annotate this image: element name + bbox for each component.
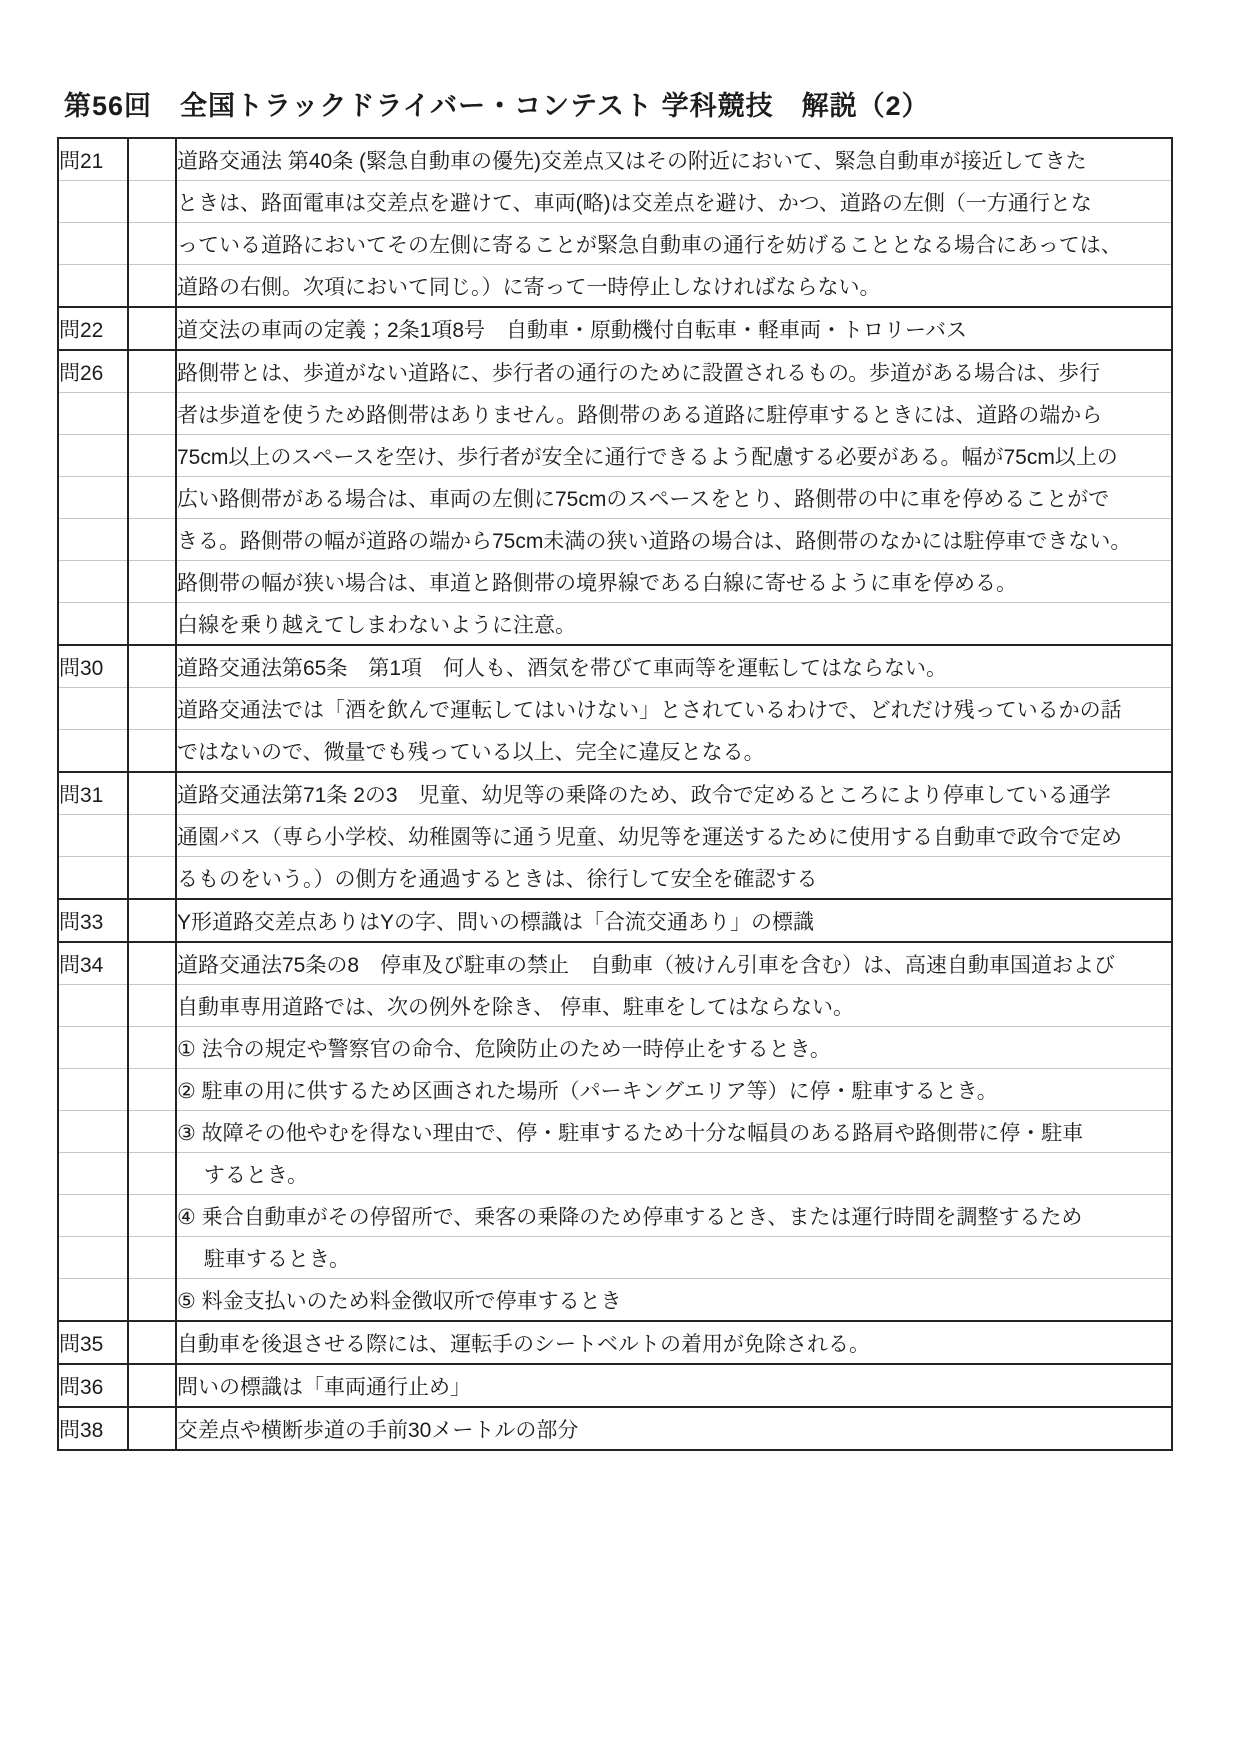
explanation-line: っている道路においてその左側に寄ることが緊急自動車の通行を妨げることとなる場合に… (177, 234, 1122, 257)
question-number: 問35 (59, 1333, 103, 1356)
answer-cell (128, 857, 176, 900)
table-row: 広い路側帯がある場合は、車両の左側に75cmのスペースをとり、路側帯の中に車を停… (58, 477, 1172, 519)
explanation-cell: 者は歩道を使うため路側帯はありません。路側帯のある道路に駐停車するときには、道路… (176, 393, 1172, 435)
answer-cell (128, 1027, 176, 1069)
answer-cell (128, 393, 176, 435)
explanation-cell: ではないので、微量でも残っている以上、完全に違反となる。 (176, 730, 1172, 773)
explanation-line: ⑤ 料金支払いのため料金徴収所で停車するとき (177, 1290, 622, 1313)
table-row: ② 駐車の用に供するため区画された場所（パーキングエリア等）に停・駐車するとき。 (58, 1069, 1172, 1111)
question-number-cell (58, 561, 128, 603)
explanation-line: 道路の右側。次項において同じ。）に寄って一時停止しなければならない。 (177, 276, 881, 299)
explanation-cell: するとき。 (176, 1153, 1172, 1195)
explanation-line: ④ 乗合自動車がその停留所で、乗客の乗降のため停車するとき、または運行時間を調整… (177, 1206, 1082, 1229)
answer-cell (128, 477, 176, 519)
answer-cell (128, 519, 176, 561)
explanation-cell: 問いの標識は「車両通行止め」 (176, 1364, 1172, 1407)
question-number-cell: 問35 (58, 1321, 128, 1364)
question-number-cell (58, 1027, 128, 1069)
explanation-cell: 自動車専用道路では、次の例外を除き、 停車、駐車をしてはならない。 (176, 985, 1172, 1027)
question-number: 問36 (59, 1376, 103, 1399)
question-number-cell (58, 265, 128, 308)
explanation-line: 道路交通法 第40条 (緊急自動車の優先)交差点又はその附近において、緊急自動車… (177, 150, 1087, 173)
explanation-cell: 75cm以上のスペースを空け、歩行者が安全に通行できるよう配慮する必要がある。幅… (176, 435, 1172, 477)
question-number-cell: 問22 (58, 307, 128, 350)
question-number: 問34 (59, 954, 103, 977)
question-number-cell (58, 688, 128, 730)
explanation-cell: っている道路においてその左側に寄ることが緊急自動車の通行を妨げることとなる場合に… (176, 223, 1172, 265)
explanation-line: 道路交通法第65条 第1項 何人も、酒気を帯びて車両等を運転してはならない。 (177, 657, 947, 680)
explanation-cell: 通園バス（専ら小学校、幼稚園等に通う児童、幼児等を運送するために使用する自動車で… (176, 815, 1172, 857)
explanation-line: するとき。 (177, 1164, 308, 1187)
explanation-cell: 路側帯とは、歩道がない道路に、歩行者の通行のために設置されるもの。歩道がある場合… (176, 350, 1172, 393)
page-title: 第56回 全国トラックドライバー・コンテスト 学科競技 解説（2） (64, 84, 930, 123)
explanation-line: 広い路側帯がある場合は、車両の左側に75cmのスペースをとり、路側帯の中に車を停… (177, 488, 1109, 511)
explanation-sheet: 問21道路交通法 第40条 (緊急自動車の優先)交差点又はその附近において、緊急… (57, 137, 1173, 1451)
table-row: 問30道路交通法第65条 第1項 何人も、酒気を帯びて車両等を運転してはならない… (58, 645, 1172, 688)
explanation-line: 道路交通法75条の8 停車及び駐車の禁止 自動車（被けん引車を含む）は、高速自動… (177, 954, 1115, 977)
question-number-cell: 問34 (58, 942, 128, 985)
explanation-line: きる。路側帯の幅が道路の端から75cm未満の狭い道路の場合は、路側帯のなかには駐… (177, 530, 1131, 553)
table-row: 問21道路交通法 第40条 (緊急自動車の優先)交差点又はその附近において、緊急… (58, 138, 1172, 181)
explanation-cell: 道路交通法第71条 2の3 児童、幼児等の乗降のため、政令で定めるところにより停… (176, 772, 1172, 815)
explanation-line: 自動車専用道路では、次の例外を除き、 停車、駐車をしてはならない。 (177, 996, 854, 1019)
question-number: 問38 (59, 1419, 103, 1442)
answer-cell (128, 772, 176, 815)
explanation-line: るものをいう。）の側方を通過するときは、徐行して安全を確認する (177, 868, 818, 891)
explanation-cell: 道路交通法75条の8 停車及び駐車の禁止 自動車（被けん引車を含む）は、高速自動… (176, 942, 1172, 985)
table-row: ① 法令の規定や警察官の命令、危険防止のため一時停止をするとき。 (58, 1027, 1172, 1069)
explanation-line: 交差点や横断歩道の手前30メートルの部分 (177, 1419, 578, 1442)
table-row: するとき。 (58, 1153, 1172, 1195)
question-number-cell (58, 181, 128, 223)
question-number: 問33 (59, 911, 103, 934)
explanation-cell: ② 駐車の用に供するため区画された場所（パーキングエリア等）に停・駐車するとき。 (176, 1069, 1172, 1111)
table-row: 問36問いの標識は「車両通行止め」 (58, 1364, 1172, 1407)
question-number-cell (58, 1153, 128, 1195)
question-number: 問31 (59, 784, 103, 807)
explanation-cell: ① 法令の規定や警察官の命令、危険防止のため一時停止をするとき。 (176, 1027, 1172, 1069)
explanation-cell: 道路交通法 第40条 (緊急自動車の優先)交差点又はその附近において、緊急自動車… (176, 138, 1172, 181)
answer-cell (128, 942, 176, 985)
table-row: ⑤ 料金支払いのため料金徴収所で停車するとき (58, 1279, 1172, 1322)
question-number: 問30 (59, 657, 103, 680)
question-number-cell (58, 815, 128, 857)
explanation-cell: Y形道路交差点ありはYの字、問いの標識は「合流交通あり」の標識 (176, 899, 1172, 942)
table-row: 道路の右側。次項において同じ。）に寄って一時停止しなければならない。 (58, 265, 1172, 308)
table-row: 駐車するとき。 (58, 1237, 1172, 1279)
explanation-line: Y形道路交差点ありはYの字、問いの標識は「合流交通あり」の標識 (177, 911, 814, 934)
answer-cell (128, 1279, 176, 1322)
question-number-cell (58, 223, 128, 265)
question-number-cell (58, 857, 128, 900)
table-row: きる。路側帯の幅が道路の端から75cm未満の狭い道路の場合は、路側帯のなかには駐… (58, 519, 1172, 561)
answer-cell (128, 603, 176, 646)
table-row: 問33Y形道路交差点ありはYの字、問いの標識は「合流交通あり」の標識 (58, 899, 1172, 942)
table-row: ③ 故障その他やむを得ない理由で、停・駐車するため十分な幅員のある路肩や路側帯に… (58, 1111, 1172, 1153)
answer-cell (128, 307, 176, 350)
table-row: 白線を乗り越えてしまわないように注意。 (58, 603, 1172, 646)
table-row: るものをいう。）の側方を通過するときは、徐行して安全を確認する (58, 857, 1172, 900)
table-row: 問34道路交通法75条の8 停車及び駐車の禁止 自動車（被けん引車を含む）は、高… (58, 942, 1172, 985)
question-number-cell: 問21 (58, 138, 128, 181)
explanation-line: ② 駐車の用に供するため区画された場所（パーキングエリア等）に停・駐車するとき。 (177, 1080, 998, 1103)
answer-cell (128, 730, 176, 773)
answer-cell (128, 435, 176, 477)
answer-cell (128, 1195, 176, 1237)
explanation-line: 白線を乗り越えてしまわないように注意。 (177, 614, 576, 637)
question-number-cell (58, 519, 128, 561)
answer-cell (128, 899, 176, 942)
explanation-line: ではないので、微量でも残っている以上、完全に違反となる。 (177, 741, 765, 764)
table-row: っている道路においてその左側に寄ることが緊急自動車の通行を妨げることとなる場合に… (58, 223, 1172, 265)
table-row: 問38交差点や横断歩道の手前30メートルの部分 (58, 1407, 1172, 1450)
answer-cell (128, 1364, 176, 1407)
explanation-cell: ③ 故障その他やむを得ない理由で、停・駐車するため十分な幅員のある路肩や路側帯に… (176, 1111, 1172, 1153)
table-row: 問35自動車を後退させる際には、運転手のシートベルトの着用が免除される。 (58, 1321, 1172, 1364)
explanation-line: 通園バス（専ら小学校、幼稚園等に通う児童、幼児等を運送するために使用する自動車で… (177, 826, 1122, 849)
explanation-cell: 広い路側帯がある場合は、車両の左側に75cmのスペースをとり、路側帯の中に車を停… (176, 477, 1172, 519)
table-row: 問22道交法の車両の定義；2条1項8号 自動車・原動機付自転車・軽車両・トロリー… (58, 307, 1172, 350)
explanation-cell: るものをいう。）の側方を通過するときは、徐行して安全を確認する (176, 857, 1172, 900)
explanation-line: 道路交通法では「酒を飲んで運転してはいけない」とされているわけで、どれだけ残って… (177, 699, 1122, 722)
explanation-cell: きる。路側帯の幅が道路の端から75cm未満の狭い道路の場合は、路側帯のなかには駐… (176, 519, 1172, 561)
question-number-cell (58, 1111, 128, 1153)
explanation-line: 問いの標識は「車両通行止め」 (177, 1376, 471, 1399)
explanation-cell: 自動車を後退させる際には、運転手のシートベルトの着用が免除される。 (176, 1321, 1172, 1364)
answer-cell (128, 561, 176, 603)
answer-cell (128, 815, 176, 857)
question-number-cell: 問30 (58, 645, 128, 688)
question-number-cell (58, 1195, 128, 1237)
explanation-cell: ときは、路面電車は交差点を避けて、車両(略)は交差点を避け、かつ、道路の左側（一… (176, 181, 1172, 223)
explanation-line: 駐車するとき。 (177, 1248, 350, 1271)
explanation-cell: 道路交通法では「酒を飲んで運転してはいけない」とされているわけで、どれだけ残って… (176, 688, 1172, 730)
explanation-line: 者は歩道を使うため路側帯はありません。路側帯のある道路に駐停車するときには、道路… (177, 404, 1102, 427)
explanation-cell: 道路の右側。次項において同じ。）に寄って一時停止しなければならない。 (176, 265, 1172, 308)
explanation-line: 道路交通法第71条 2の3 児童、幼児等の乗降のため、政令で定めるところにより停… (177, 784, 1111, 807)
question-number-cell (58, 477, 128, 519)
answer-cell (128, 1069, 176, 1111)
question-number-cell (58, 985, 128, 1027)
answer-cell (128, 688, 176, 730)
table-row: 自動車専用道路では、次の例外を除き、 停車、駐車をしてはならない。 (58, 985, 1172, 1027)
answer-cell (128, 265, 176, 308)
answer-cell (128, 223, 176, 265)
explanation-cell: 道路交通法第65条 第1項 何人も、酒気を帯びて車両等を運転してはならない。 (176, 645, 1172, 688)
explanation-cell: 駐車するとき。 (176, 1237, 1172, 1279)
explanation-line: 道交法の車両の定義；2条1項8号 自動車・原動機付自転車・軽車両・トロリーバス (177, 319, 967, 342)
explanation-cell: ⑤ 料金支払いのため料金徴収所で停車するとき (176, 1279, 1172, 1322)
table-row: 75cm以上のスペースを空け、歩行者が安全に通行できるよう配慮する必要がある。幅… (58, 435, 1172, 477)
table-row: 問26路側帯とは、歩道がない道路に、歩行者の通行のために設置されるもの。歩道があ… (58, 350, 1172, 393)
explanation-line: ① 法令の規定や警察官の命令、危険防止のため一時停止をするとき。 (177, 1038, 831, 1061)
answer-cell (128, 181, 176, 223)
answer-cell (128, 1237, 176, 1279)
explanation-cell: ④ 乗合自動車がその停留所で、乗客の乗降のため停車するとき、または運行時間を調整… (176, 1195, 1172, 1237)
table-row: 路側帯の幅が狭い場合は、車道と路側帯の境界線である白線に寄せるように車を停める。 (58, 561, 1172, 603)
question-number: 問22 (59, 319, 103, 342)
question-number-cell (58, 1069, 128, 1111)
explanation-cell: 道交法の車両の定義；2条1項8号 自動車・原動機付自転車・軽車両・トロリーバス (176, 307, 1172, 350)
answer-table: 問21道路交通法 第40条 (緊急自動車の優先)交差点又はその附近において、緊急… (57, 137, 1173, 1451)
question-number-cell: 問31 (58, 772, 128, 815)
answer-cell (128, 138, 176, 181)
explanation-cell: 交差点や横断歩道の手前30メートルの部分 (176, 1407, 1172, 1450)
question-number-cell (58, 393, 128, 435)
question-number-cell (58, 435, 128, 477)
answer-table-body: 問21道路交通法 第40条 (緊急自動車の優先)交差点又はその附近において、緊急… (58, 138, 1172, 1450)
table-row: 問31道路交通法第71条 2の3 児童、幼児等の乗降のため、政令で定めるところに… (58, 772, 1172, 815)
question-number-cell: 問36 (58, 1364, 128, 1407)
table-row: 者は歩道を使うため路側帯はありません。路側帯のある道路に駐停車するときには、道路… (58, 393, 1172, 435)
answer-cell (128, 645, 176, 688)
answer-cell (128, 1407, 176, 1450)
table-row: ではないので、微量でも残っている以上、完全に違反となる。 (58, 730, 1172, 773)
question-number: 問21 (59, 150, 103, 173)
answer-cell (128, 350, 176, 393)
explanation-line: ときは、路面電車は交差点を避けて、車両(略)は交差点を避け、かつ、道路の左側（一… (177, 192, 1092, 215)
table-row: 通園バス（専ら小学校、幼稚園等に通う児童、幼児等を運送するために使用する自動車で… (58, 815, 1172, 857)
question-number-cell: 問33 (58, 899, 128, 942)
question-number-cell (58, 1237, 128, 1279)
explanation-cell: 路側帯の幅が狭い場合は、車道と路側帯の境界線である白線に寄せるように車を停める。 (176, 561, 1172, 603)
question-number: 問26 (59, 362, 103, 385)
question-number-cell: 問38 (58, 1407, 128, 1450)
question-number-cell: 問26 (58, 350, 128, 393)
table-row: ときは、路面電車は交差点を避けて、車両(略)は交差点を避け、かつ、道路の左側（一… (58, 181, 1172, 223)
table-row: 道路交通法では「酒を飲んで運転してはいけない」とされているわけで、どれだけ残って… (58, 688, 1172, 730)
answer-cell (128, 985, 176, 1027)
question-number-cell (58, 1279, 128, 1322)
question-number-cell (58, 603, 128, 646)
answer-cell (128, 1153, 176, 1195)
explanation-line: 自動車を後退させる際には、運転手のシートベルトの着用が免除される。 (177, 1333, 870, 1356)
explanation-line: ③ 故障その他やむを得ない理由で、停・駐車するため十分な幅員のある路肩や路側帯に… (177, 1122, 1083, 1145)
answer-cell (128, 1111, 176, 1153)
explanation-line: 75cm以上のスペースを空け、歩行者が安全に通行できるよう配慮する必要がある。幅… (177, 446, 1118, 469)
explanation-cell: 白線を乗り越えてしまわないように注意。 (176, 603, 1172, 646)
table-row: ④ 乗合自動車がその停留所で、乗客の乗降のため停車するとき、または運行時間を調整… (58, 1195, 1172, 1237)
answer-cell (128, 1321, 176, 1364)
explanation-line: 路側帯の幅が狭い場合は、車道と路側帯の境界線である白線に寄せるように車を停める。 (177, 572, 1017, 595)
question-number-cell (58, 730, 128, 773)
explanation-line: 路側帯とは、歩道がない道路に、歩行者の通行のために設置されるもの。歩道がある場合… (177, 362, 1100, 385)
